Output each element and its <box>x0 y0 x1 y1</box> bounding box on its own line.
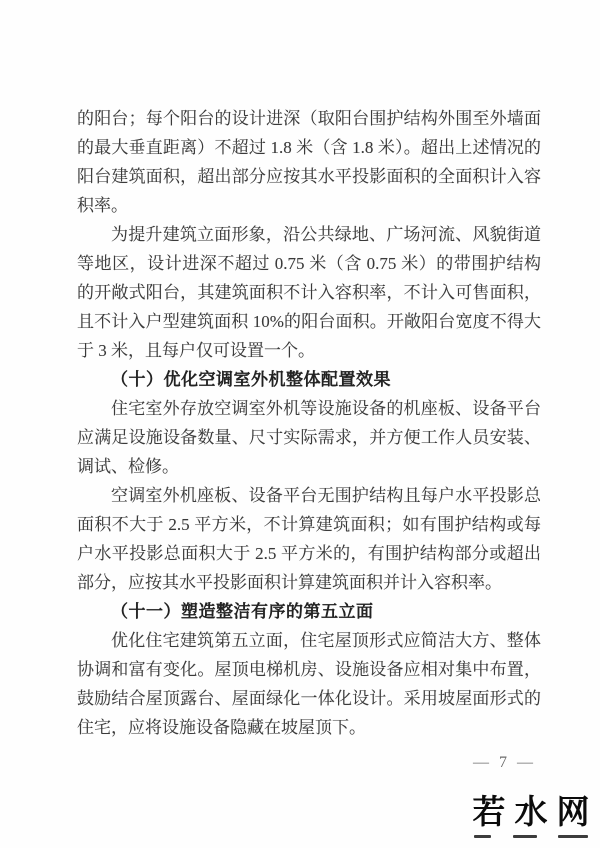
paragraph-open-balcony: 为提升建筑立面形象，沿公共绿地、广场河流、风貌街道等地区，设计进深不超过 0.7… <box>77 220 541 365</box>
paragraph-fifth-facade: 优化住宅建筑第五立面，住宅屋顶形式应简洁大方、整体协调和富有变化。屋顶电梯机房、… <box>77 626 541 742</box>
paragraph-balcony-continuation: 的阳台；每个阳台的设计进深（取阳台围护结构外围至外墙面的最大垂直距离）不超过 1… <box>77 104 541 220</box>
section-heading-10: （十）优化空调室外机整体配置效果 <box>77 365 541 394</box>
paragraph-ac-platform-1: 住宅室外存放空调室外机等设施设备的机座板、设备平台应满足设施设备数量、尺寸实际需… <box>77 394 541 481</box>
tagline-mark-icon <box>474 835 491 838</box>
tagline-mark-icon <box>558 835 588 838</box>
section-heading-11: （十一）塑造整洁有序的第五立面 <box>77 597 541 626</box>
watermark-tagline-marks <box>470 835 592 838</box>
watermark: 若水网 <box>470 793 592 838</box>
paragraph-ac-platform-2: 空调室外机座板、设备平台无围护结构且每户水平投影总面积不大于 2.5 平方米，不… <box>77 481 541 597</box>
watermark-logo-text: 若水网 <box>470 793 600 831</box>
scanned-document-page: 的阳台；每个阳台的设计进深（取阳台围护结构外围至外墙面的最大垂直距离）不超过 1… <box>0 0 600 848</box>
tagline-mark-icon <box>513 835 537 838</box>
document-body: 的阳台；每个阳台的设计进深（取阳台围护结构外围至外墙面的最大垂直距离）不超过 1… <box>77 104 541 742</box>
page-number: — 7 — <box>473 754 536 772</box>
